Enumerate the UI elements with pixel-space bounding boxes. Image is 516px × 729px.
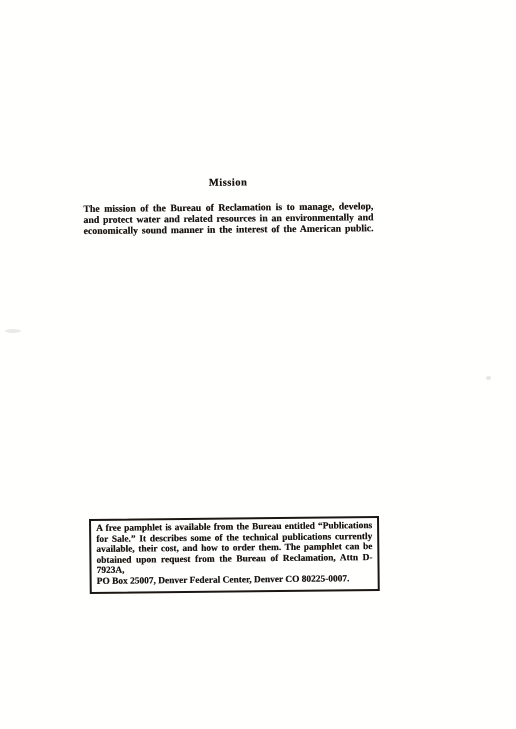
scan-speck-left bbox=[5, 329, 21, 333]
pamphlet-notice-box: A free pamphlet is available from the Bu… bbox=[89, 516, 380, 594]
pamphlet-notice-line: obtained upon request from the Bureau of… bbox=[96, 553, 372, 577]
scan-speck-right bbox=[486, 376, 491, 380]
mission-paragraph-line: economically sound manner in the interes… bbox=[83, 224, 373, 238]
pamphlet-notice-line: PO Box 25007, Denver Federal Center, Den… bbox=[97, 574, 373, 587]
scanned-document-page: Mission The mission of the Bureau of Rec… bbox=[0, 0, 516, 729]
mission-heading: Mission bbox=[83, 176, 373, 190]
mission-paragraph: The mission of the Bureau of Reclamation… bbox=[83, 201, 373, 237]
mission-section: Mission The mission of the Bureau of Rec… bbox=[83, 176, 374, 237]
